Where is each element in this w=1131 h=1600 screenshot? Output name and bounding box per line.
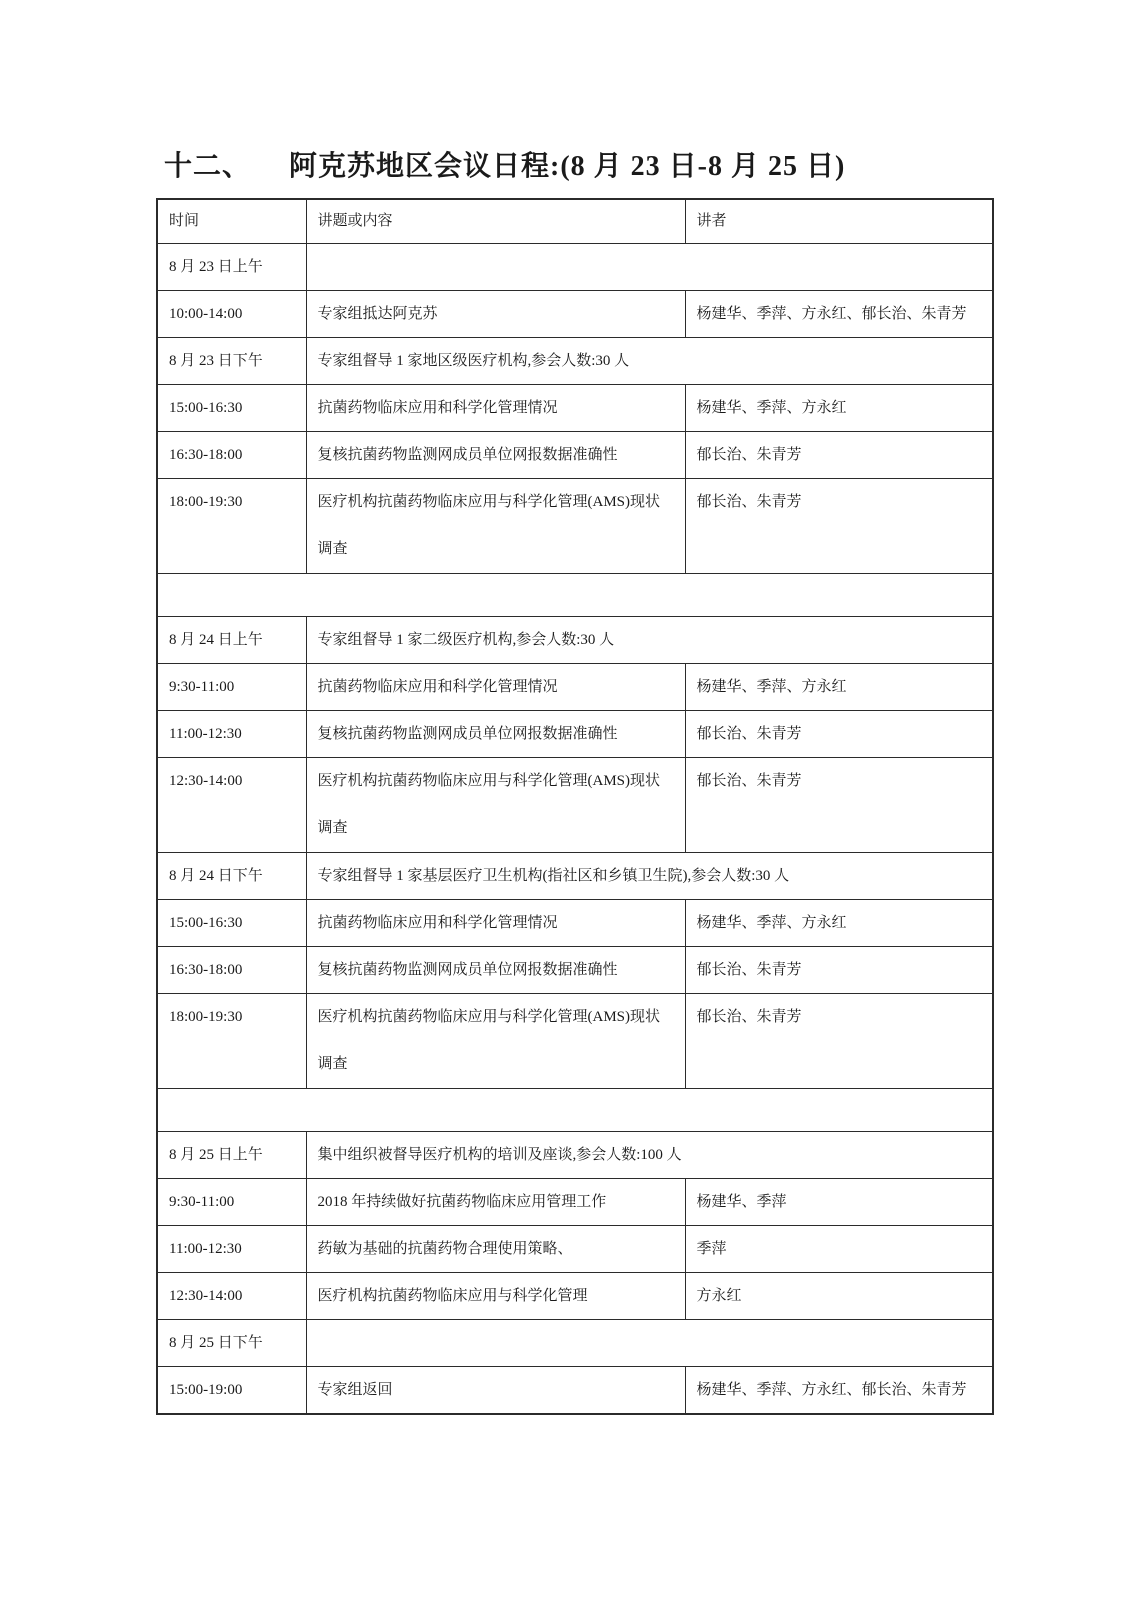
time-cell: 15:00-16:30 [157,900,306,947]
speaker-cell: 杨建华、季萍、方永红、郁长治、朱青芳 [685,1367,993,1415]
separator-row [157,1089,993,1132]
content-cell: 药敏为基础的抗菌药物合理使用策略、 [306,1226,685,1273]
table-row: 15:00-19:00 专家组返回 杨建华、季萍、方永红、郁长治、朱青芳 [157,1367,993,1415]
content-cell: 2018 年持续做好抗菌药物临床应用管理工作 [306,1179,685,1226]
time-cell: 11:00-12:30 [157,711,306,758]
table-row: 15:00-16:30 抗菌药物临床应用和科学化管理情况 杨建华、季萍、方永红 [157,385,993,432]
content-cell [306,244,993,291]
table-row: 12:30-14:00 医疗机构抗菌药物临床应用与科学化管理(AMS)现状调查 … [157,758,993,853]
speaker-cell: 郁长治、朱青芳 [685,479,993,574]
time-cell: 8 月 23 日上午 [157,244,306,291]
time-cell: 10:00-14:00 [157,291,306,338]
time-cell: 12:30-14:00 [157,1273,306,1320]
table-row: 11:00-12:30 复核抗菌药物监测网成员单位网报数据准确性 郁长治、朱青芳 [157,711,993,758]
time-cell: 18:00-19:30 [157,994,306,1089]
speaker-cell: 杨建华、季萍 [685,1179,993,1226]
header-cell-speaker: 讲者 [685,199,993,244]
table-row: 10:00-14:00 专家组抵达阿克苏 杨建华、季萍、方永红、郁长治、朱青芳 [157,291,993,338]
time-cell: 15:00-19:00 [157,1367,306,1415]
time-cell: 8 月 23 日下午 [157,338,306,385]
separator-cell [157,574,993,617]
table-row: 16:30-18:00 复核抗菌药物监测网成员单位网报数据准确性 郁长治、朱青芳 [157,947,993,994]
speaker-cell: 郁长治、朱青芳 [685,711,993,758]
speaker-cell: 杨建华、季萍、方永红 [685,900,993,947]
speaker-cell: 郁长治、朱青芳 [685,947,993,994]
section-row: 8 月 23 日上午 [157,244,993,291]
time-cell: 8 月 24 日上午 [157,617,306,664]
time-cell: 16:30-18:00 [157,432,306,479]
content-cell: 抗菌药物临床应用和科学化管理情况 [306,900,685,947]
separator-row [157,574,993,617]
time-cell: 9:30-11:00 [157,664,306,711]
content-cell: 复核抗菌药物监测网成员单位网报数据准确性 [306,432,685,479]
speaker-cell: 杨建华、季萍、方永红、郁长治、朱青芳 [685,291,993,338]
section-row: 8 月 23 日下午 专家组督导 1 家地区级医疗机构,参会人数:30 人 [157,338,993,385]
content-cell [306,1320,993,1367]
content-cell: 复核抗菌药物监测网成员单位网报数据准确性 [306,711,685,758]
time-cell: 8 月 25 日上午 [157,1132,306,1179]
header-cell-time: 时间 [157,199,306,244]
content-cell: 医疗机构抗菌药物临床应用与科学化管理(AMS)现状调查 [306,479,685,574]
content-cell: 医疗机构抗菌药物临床应用与科学化管理(AMS)现状调查 [306,994,685,1089]
content-cell: 专家组督导 1 家二级医疗机构,参会人数:30 人 [306,617,993,664]
speaker-cell: 方永红 [685,1273,993,1320]
section-row: 8 月 24 日上午 专家组督导 1 家二级医疗机构,参会人数:30 人 [157,617,993,664]
speaker-cell: 杨建华、季萍、方永红 [685,664,993,711]
title-section-number: 十二、 [164,144,251,184]
section-row: 8 月 25 日下午 [157,1320,993,1367]
content-cell: 医疗机构抗菌药物临床应用与科学化管理(AMS)现状调查 [306,758,685,853]
table-row: 9:30-11:00 抗菌药物临床应用和科学化管理情况 杨建华、季萍、方永红 [157,664,993,711]
table-row: 18:00-19:30 医疗机构抗菌药物临床应用与科学化管理(AMS)现状调查 … [157,479,993,574]
time-cell: 15:00-16:30 [157,385,306,432]
table-header-row: 时间 讲题或内容 讲者 [157,199,993,244]
header-cell-content: 讲题或内容 [306,199,685,244]
speaker-cell: 郁长治、朱青芳 [685,994,993,1089]
speaker-cell: 杨建华、季萍、方永红 [685,385,993,432]
section-row: 8 月 24 日下午 专家组督导 1 家基层医疗卫生机构(指社区和乡镇卫生院),… [157,853,993,900]
content-cell: 医疗机构抗菌药物临床应用与科学化管理 [306,1273,685,1320]
page-title: 十二、阿克苏地区会议日程:(8 月 23 日-8 月 25 日) [164,144,845,184]
time-cell: 18:00-19:30 [157,479,306,574]
time-cell: 8 月 25 日下午 [157,1320,306,1367]
content-cell: 复核抗菌药物监测网成员单位网报数据准确性 [306,947,685,994]
table-row: 9:30-11:00 2018 年持续做好抗菌药物临床应用管理工作 杨建华、季萍 [157,1179,993,1226]
table-row: 18:00-19:30 医疗机构抗菌药物临床应用与科学化管理(AMS)现状调查 … [157,994,993,1089]
section-row: 8 月 25 日上午 集中组织被督导医疗机构的培训及座谈,参会人数:100 人 [157,1132,993,1179]
content-cell: 专家组督导 1 家基层医疗卫生机构(指社区和乡镇卫生院),参会人数:30 人 [306,853,993,900]
separator-cell [157,1089,993,1132]
speaker-cell: 郁长治、朱青芳 [685,432,993,479]
content-cell: 专家组督导 1 家地区级医疗机构,参会人数:30 人 [306,338,993,385]
speaker-cell: 季萍 [685,1226,993,1273]
table-row: 15:00-16:30 抗菌药物临床应用和科学化管理情况 杨建华、季萍、方永红 [157,900,993,947]
content-cell: 抗菌药物临床应用和科学化管理情况 [306,664,685,711]
content-cell: 抗菌药物临床应用和科学化管理情况 [306,385,685,432]
speaker-cell: 郁长治、朱青芳 [685,758,993,853]
table-row: 11:00-12:30 药敏为基础的抗菌药物合理使用策略、 季萍 [157,1226,993,1273]
document-page: 十二、阿克苏地区会议日程:(8 月 23 日-8 月 25 日) 时间 讲题或内… [0,0,1131,1600]
time-cell: 12:30-14:00 [157,758,306,853]
title-text: 阿克苏地区会议日程:(8 月 23 日-8 月 25 日) [289,151,845,182]
time-cell: 9:30-11:00 [157,1179,306,1226]
content-cell: 专家组返回 [306,1367,685,1415]
time-cell: 8 月 24 日下午 [157,853,306,900]
content-cell: 集中组织被督导医疗机构的培训及座谈,参会人数:100 人 [306,1132,993,1179]
content-cell: 专家组抵达阿克苏 [306,291,685,338]
table-row: 16:30-18:00 复核抗菌药物监测网成员单位网报数据准确性 郁长治、朱青芳 [157,432,993,479]
schedule-table: 时间 讲题或内容 讲者 8 月 23 日上午 10:00-14:00 专家组抵达… [156,198,994,1415]
time-cell: 16:30-18:00 [157,947,306,994]
table-row: 12:30-14:00 医疗机构抗菌药物临床应用与科学化管理 方永红 [157,1273,993,1320]
time-cell: 11:00-12:30 [157,1226,306,1273]
